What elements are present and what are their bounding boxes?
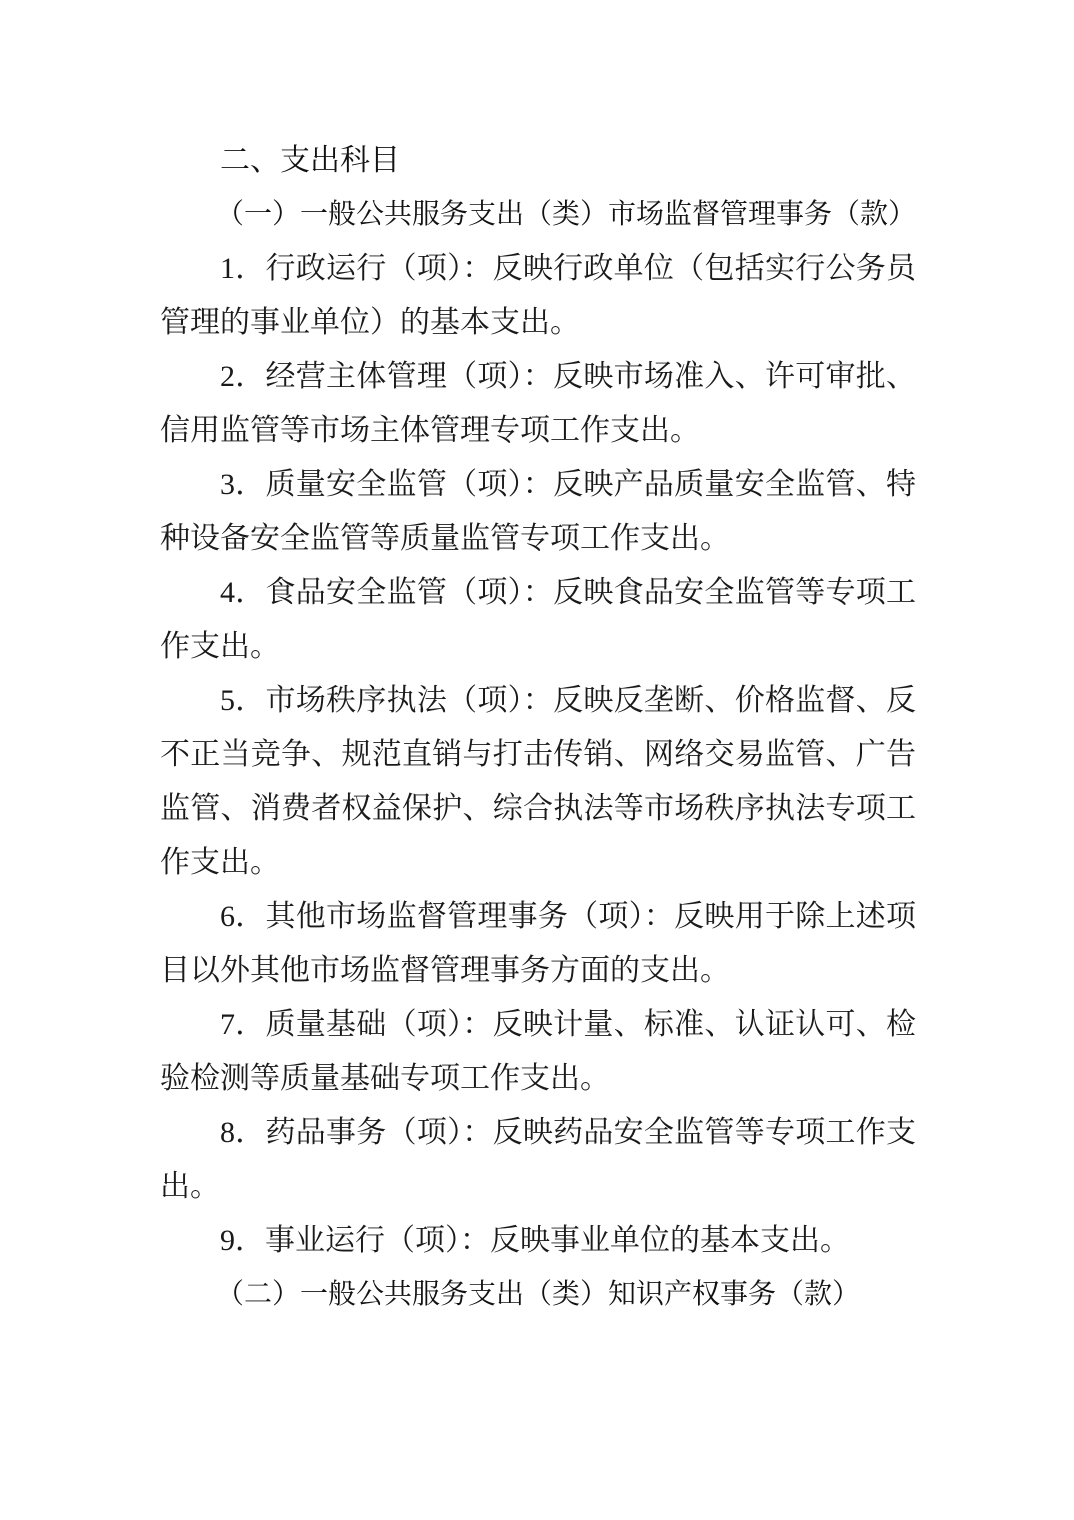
expense-item-market-order-enforcement: 5．市场秩序执法（项）：反映反垄断、价格监督、反不正当竞争、规范直销与打击传销、… [160,674,916,890]
expense-item-institution-operation: 9．事业运行（项）：反映事业单位的基本支出。 [160,1214,916,1268]
expense-item-other-market-supervision: 6．其他市场监督管理事务（项）：反映用于除上述项目以外其他市场监督管理事务方面的… [160,890,916,998]
expense-item-drug-affairs: 8．药品事务（项）：反映药品安全监管等专项工作支出。 [160,1106,916,1214]
subsection-heading-market-supervision: （一）一般公共服务支出（类）市场监督管理事务（款） [160,188,916,242]
expense-item-quality-foundation: 7．质量基础（项）：反映计量、标准、认证认可、检验检测等质量基础专项工作支出。 [160,998,916,1106]
document-content: 二、支出科目 （一）一般公共服务支出（类）市场监督管理事务（款） 1．行政运行（… [160,134,916,1322]
expense-item-food-safety-supervision: 4．食品安全监管（项）：反映食品安全监管等专项工作支出。 [160,566,916,674]
section-heading-expenditure: 二、支出科目 [160,134,916,188]
expense-item-administrative-operation: 1．行政运行（项）：反映行政单位（包括实行公务员管理的事业单位）的基本支出。 [160,242,916,350]
expense-item-quality-safety-supervision: 3．质量安全监管（项）：反映产品质量安全监管、特种设备安全监管等质量监管专项工作… [160,458,916,566]
expense-item-business-entity-management: 2．经营主体管理（项）：反映市场准入、许可审批、信用监管等市场主体管理专项工作支… [160,350,916,458]
subsection-heading-intellectual-property: （二）一般公共服务支出（类）知识产权事务（款） [160,1268,916,1322]
document-page: 二、支出科目 （一）一般公共服务支出（类）市场监督管理事务（款） 1．行政运行（… [0,0,1074,1520]
